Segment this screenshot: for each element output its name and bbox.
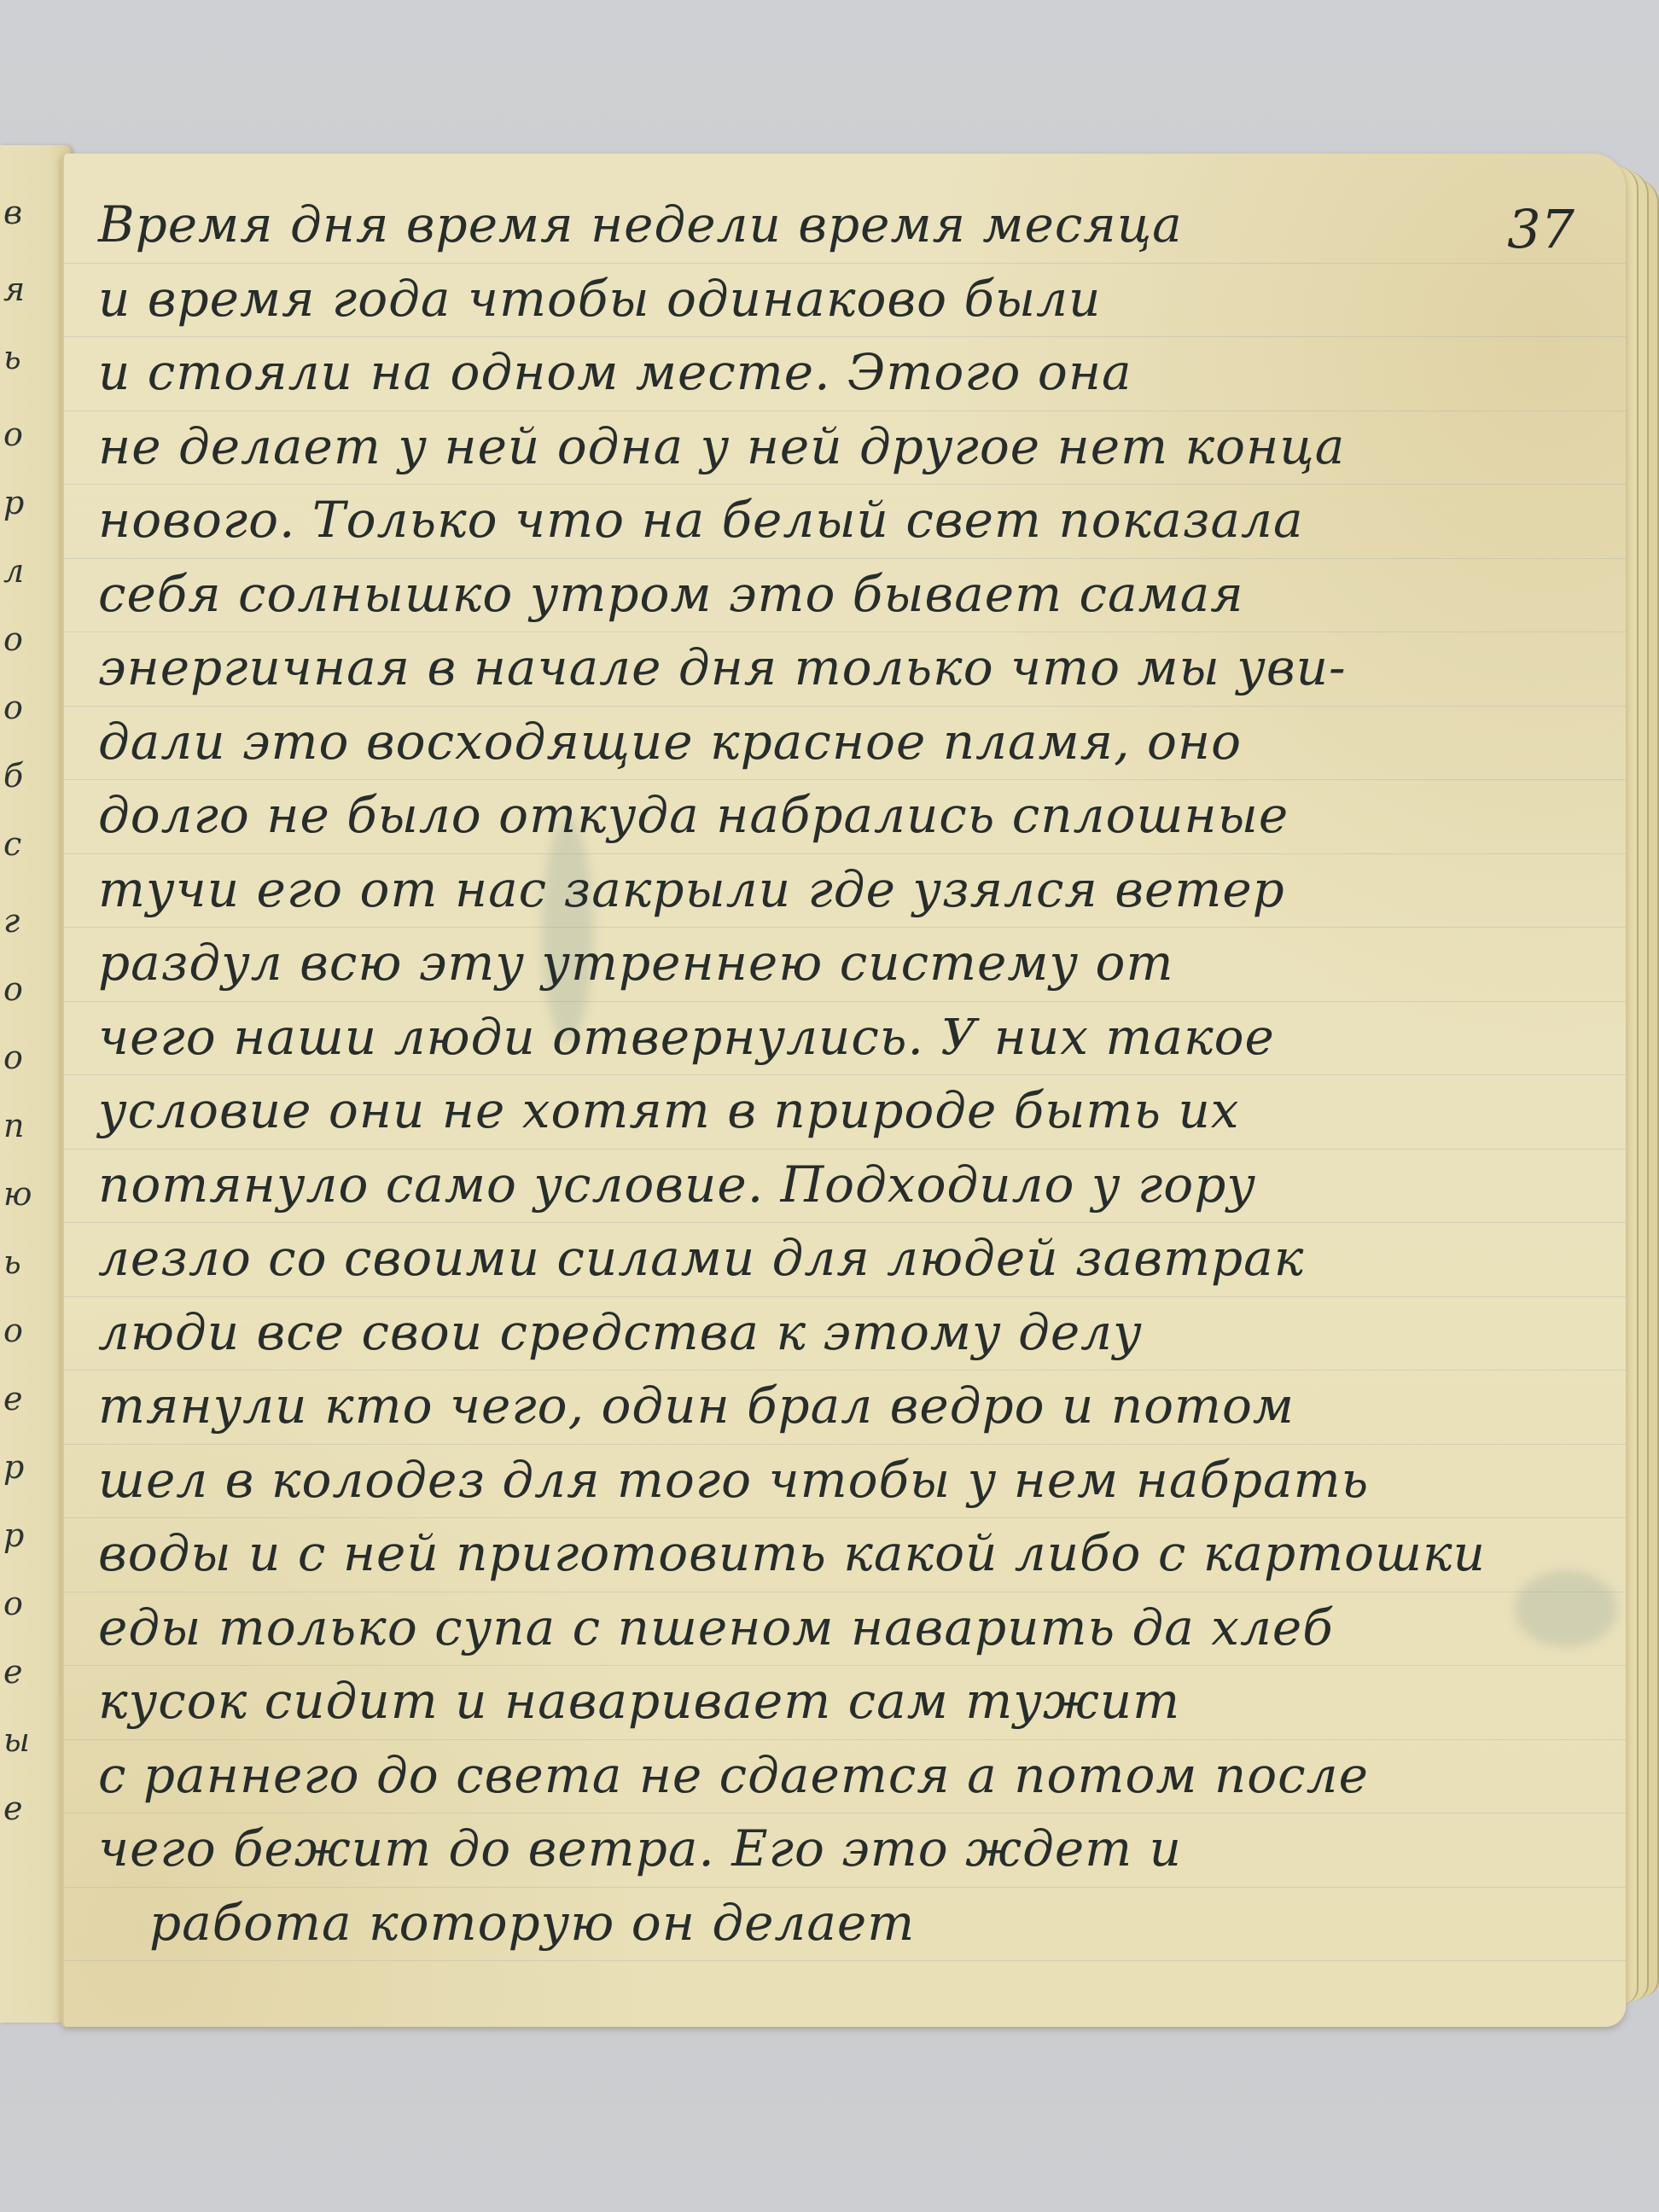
text-line: кусок сидит и наваривает сам тужит	[98, 1664, 1583, 1738]
text-line: шел в колодез для того чтобы у нем набра…	[98, 1443, 1583, 1517]
text-line: энергичная в начале дня только что мы ув…	[98, 631, 1583, 705]
margin-fragment: ю	[3, 1178, 32, 1210]
margin-fragment: е	[3, 1792, 23, 1825]
notebook-page: 37 Время дня время недели время месяца и…	[61, 154, 1626, 2027]
text-line: тучи его от нас закрыли где узялся ветер	[98, 853, 1583, 927]
margin-fragment: о	[3, 418, 23, 451]
text-line: еды только супа с пшеном наварить да хле…	[98, 1591, 1583, 1665]
margin-fragment: ы	[3, 1724, 30, 1756]
margin-fragment: о	[3, 1314, 23, 1347]
margin-fragment: в	[3, 196, 22, 229]
margin-fragment: о	[3, 1587, 23, 1620]
margin-fragment: п	[3, 1109, 24, 1142]
margin-fragment: е	[3, 1656, 23, 1688]
margin-fragment: р	[3, 1451, 24, 1483]
text-line: воды и с ней приготовить какой либо с ка…	[98, 1516, 1583, 1591]
text-line: потянуло само условие. Подходило у гору	[98, 1148, 1583, 1222]
margin-fragment: ь	[3, 1246, 21, 1278]
text-line: и время года чтобы одинаково были	[98, 262, 1583, 336]
handwritten-text: Время дня время недели время месяца и вр…	[98, 188, 1583, 1959]
text-line: дали это восходящие красное пламя, оно	[98, 705, 1583, 779]
scan-scene: в я ь о р л о о б с г о о п ю ь о е р р …	[0, 0, 1659, 2212]
text-line: долго не было откуда набрались сплошные	[98, 778, 1583, 853]
margin-fragment: ь	[3, 341, 21, 374]
margin-fragment: г	[3, 905, 20, 937]
text-line: чего бежит до ветра. Его это ждет и	[98, 1812, 1583, 1886]
text-line: люди все свои средства к этому делу	[98, 1295, 1583, 1370]
text-line: работа которую он делает	[98, 1886, 1583, 1960]
margin-fragment: о	[3, 691, 23, 724]
margin-fragment: б	[3, 760, 23, 792]
margin-fragment: о	[3, 623, 23, 655]
text-line: и стояли на одном месте. Этого она	[98, 335, 1583, 410]
margin-fragment: л	[3, 555, 24, 587]
text-line: не делает у ней одна у ней другое нет ко…	[98, 410, 1583, 484]
margin-fragment: р	[3, 486, 24, 519]
text-line: с раннего до света не сдается а потом по…	[98, 1738, 1583, 1813]
text-line: условие они не хотят в природе быть их	[98, 1074, 1583, 1148]
text-line: Время дня время недели время месяца	[98, 188, 1583, 262]
margin-fragment: е	[3, 1382, 23, 1415]
text-line: чего наши люди отвернулись. У них такое	[98, 1000, 1583, 1074]
text-line: тянули кто чего, один брал ведро и потом	[98, 1369, 1583, 1443]
text-line: лезло со своими силами для людей завтрак	[98, 1221, 1583, 1295]
text-line: раздул всю эту утреннею систему от	[98, 926, 1583, 1000]
text-line: себя солнышко утром это бывает самая	[98, 557, 1583, 632]
text-line: нового. Только что на белый свет показал…	[98, 483, 1583, 557]
margin-fragment: р	[3, 1519, 24, 1551]
margin-fragment: о	[3, 1041, 23, 1074]
ruled-line	[64, 1960, 1626, 1961]
margin-fragment: я	[3, 273, 25, 306]
margin-fragment: о	[3, 973, 23, 1005]
margin-fragment: с	[3, 828, 21, 860]
